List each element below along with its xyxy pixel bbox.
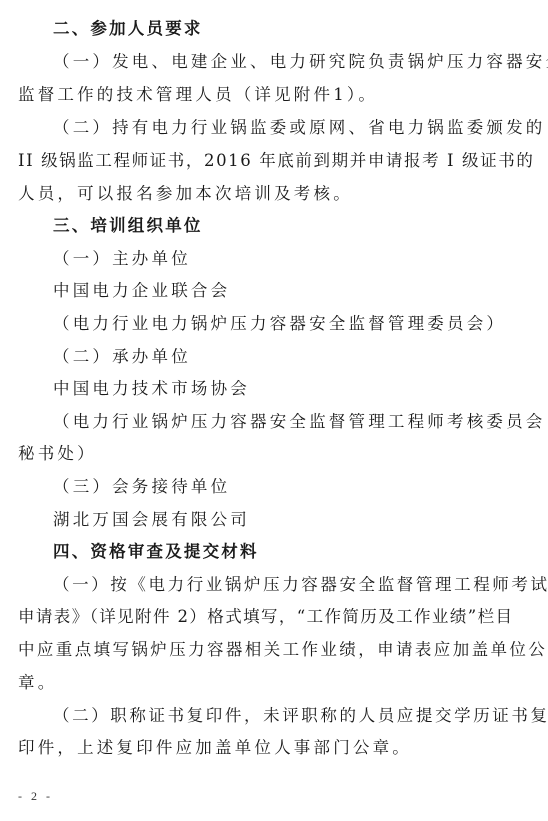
paragraph-line: 申请表》（详见附件 2）格式填写，“工作简历及工作业绩”栏目: [18, 600, 530, 633]
paragraph-line: （三）会务接待单位: [53, 470, 530, 503]
page-number: - 2 -: [18, 789, 53, 804]
paragraph-line: II 级锅监工程师证书，2016 年底前到期并申请报考 I 级证书的: [18, 144, 530, 177]
paragraph-line: （二）持有电力行业锅监委或原网、省电力锅监委颁发的: [53, 111, 530, 144]
paragraph-line: 中国电力企业联合会: [53, 274, 530, 307]
paragraph-line: 中应重点填写锅炉压力容器相关工作业绩，申请表应加盖单位公: [18, 633, 530, 666]
paragraph-line: （二）职称证书复印件，未评职称的人员应提交学历证书复: [53, 699, 530, 732]
paragraph-line: 秘书处）: [18, 437, 530, 470]
paragraph-line: （一）发电、电建企业、电力研究院负责锅炉压力容器安全: [53, 45, 530, 78]
paragraph-line: （电力行业电力锅炉压力容器安全监督管理委员会）: [53, 307, 530, 340]
section-heading-organizers: 三、培训组织单位: [53, 209, 530, 242]
paragraph-line: 印件，上述复印件应加盖单位人事部门公章。: [18, 731, 530, 764]
paragraph-line: 章。: [18, 666, 530, 699]
paragraph-line: 湖北万国会展有限公司: [53, 503, 530, 536]
paragraph-line: 中国电力技术市场协会: [53, 372, 530, 405]
paragraph-line: 监督工作的技术管理人员（详见附件1）。: [18, 78, 530, 111]
section-heading-participants: 二、参加人员要求: [53, 12, 530, 45]
paragraph-line: （一）按《电力行业锅炉压力容器安全监督管理工程师考试: [53, 568, 530, 601]
section-heading-qualification: 四、资格审查及提交材料: [53, 535, 530, 568]
paragraph-line: （二）承办单位: [53, 340, 530, 373]
paragraph-line: （一）主办单位: [53, 242, 530, 275]
paragraph-line: （电力行业锅炉压力容器安全监督管理工程师考核委员会: [53, 405, 530, 438]
document-page: 二、参加人员要求 （一）发电、电建企业、电力研究院负责锅炉压力容器安全 监督工作…: [0, 0, 548, 821]
paragraph-line: 人员，可以报名参加本次培训及考核。: [18, 177, 530, 210]
